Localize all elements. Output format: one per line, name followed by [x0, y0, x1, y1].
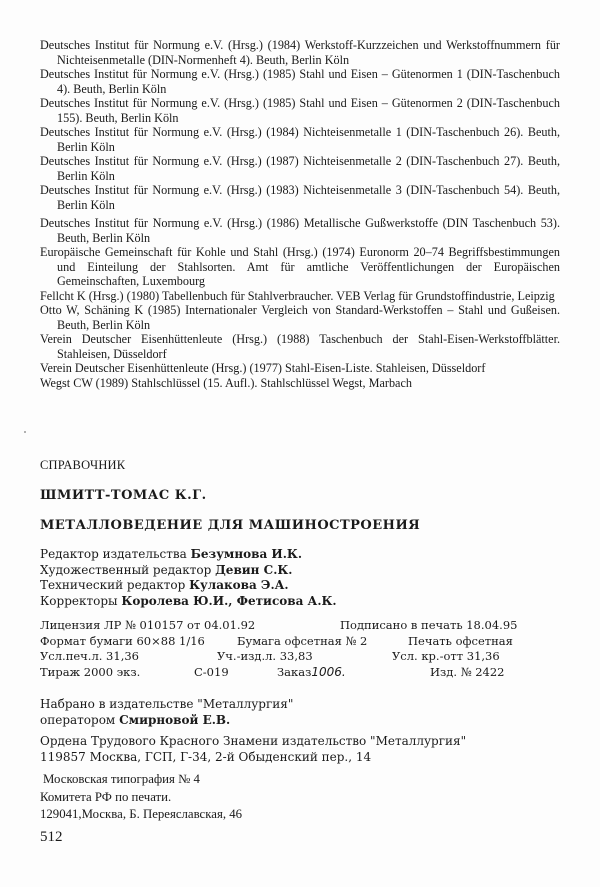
- printer-address: 129041,Москва, Б. Переяславская, 46: [40, 806, 560, 824]
- reference-entry: Verein Deutscher Eisenhüttenleute (Hrsg.…: [40, 332, 560, 361]
- credit-line: Корректоры Королева Ю.И., Фетисова А.К.: [40, 594, 560, 610]
- order-label: Заказ: [277, 665, 311, 679]
- reference-entry: Verein Deutscher Eisenhüttenleute (Hrsg.…: [40, 361, 560, 376]
- credit-role: Редактор издательства: [40, 547, 187, 561]
- license-number: Лицензия ЛР № 010157 от 04.01.92: [40, 618, 255, 634]
- genre-label: СПРАВОЧНИК: [40, 458, 560, 473]
- format-row: Формат бумаги 60×88 1/16 Бумага офсетная…: [40, 634, 550, 650]
- operator-prefix: оператором: [40, 713, 115, 727]
- publication-details: Лицензия ЛР № 010157 от 04.01.92 Подписа…: [40, 618, 550, 680]
- reference-entry: Wegst CW (1989) Stahlschlüssel (15. Aufl…: [40, 376, 560, 391]
- reference-entry: Deutsches Institut für Normung e.V. (Hrs…: [40, 67, 560, 96]
- credit-name: Королева Ю.И., Фетисова А.К.: [121, 594, 336, 608]
- run-row: Тираж 2000 экз. С-019 Заказ1006. Изд. № …: [40, 665, 550, 681]
- operator-name: Смирновой Е.В.: [119, 713, 230, 727]
- paper-type: Бумага офсетная № 2: [237, 634, 367, 650]
- credit-role: Художественный редактор: [40, 563, 211, 577]
- sheets-row: Усл.печ.л. 31,36 Уч.-изд.л. 33,83 Усл. к…: [40, 649, 550, 665]
- reference-entry: Deutsches Institut für Normung e.V. (Hrs…: [40, 183, 560, 212]
- reference-entry: Fellcht K (Hrsg.) (1980) Tabellenbuch fü…: [40, 289, 560, 304]
- print-type: Печать офсетная: [408, 634, 513, 650]
- publisher-name: Ордена Трудового Красного Знамени издате…: [40, 734, 560, 750]
- order-number-handwritten: 1006.: [311, 665, 345, 679]
- scan-speck: [24, 431, 26, 433]
- order: Заказ1006.: [277, 665, 346, 681]
- credit-line: Технический редактор Кулакова Э.А.: [40, 578, 560, 594]
- color-prints: Усл. кр.-отт 31,36: [392, 649, 500, 665]
- print-sheets: Усл.печ.л. 31,36: [40, 649, 139, 665]
- publisher-address: 119857 Москва, ГСП, Г-34, 2-й Обыденский…: [40, 750, 560, 766]
- editorial-credits: Редактор издательства Безумнова И.К. Худ…: [40, 547, 560, 609]
- book-title: МЕТАЛЛОВЕДЕНИЕ ДЛЯ МАШИНОСТРОЕНИЯ: [40, 518, 560, 533]
- code: С-019: [194, 665, 229, 681]
- book-page: Deutsches Institut für Normung e.V. (Hrs…: [0, 0, 600, 887]
- credit-role: Корректоры: [40, 594, 118, 608]
- typeset-operator-line: оператором Смирновой Е.В.: [40, 713, 560, 729]
- reference-entry: Deutsches Institut für Normung e.V. (Hrs…: [40, 154, 560, 183]
- credit-line: Редактор издательства Безумнова И.К.: [40, 547, 560, 563]
- book-author: ШМИТТ-ТОМАС К.Г.: [40, 488, 560, 503]
- credit-line: Художественный редактор Девин С.К.: [40, 563, 560, 579]
- reference-entry: Europäische Gemeinschaft für Kohle und S…: [40, 245, 560, 289]
- credit-role: Технический редактор: [40, 578, 185, 592]
- page-number: 512: [40, 829, 63, 846]
- typeset-line: Набрано в издательстве "Металлургия": [40, 697, 560, 713]
- license-row: Лицензия ЛР № 010157 от 04.01.92 Подписа…: [40, 618, 550, 634]
- publisher-info: Ордена Трудового Красного Знамени издате…: [40, 734, 560, 765]
- typesetting-info: Набрано в издательстве "Металлургия" опе…: [40, 697, 560, 728]
- reference-entry: Deutsches Institut für Normung e.V. (Hrs…: [40, 38, 560, 67]
- signed-date: Подписано в печать 18.04.95: [340, 618, 517, 634]
- publication-number: Изд. № 2422: [430, 665, 505, 681]
- publishing-sheets: Уч.-изд.л. 33,83: [217, 649, 313, 665]
- reference-entry: Deutsches Institut für Normung e.V. (Hrs…: [40, 216, 560, 245]
- reference-entry: Deutsches Institut für Normung e.V. (Hrs…: [40, 125, 560, 154]
- printer-info: Московская типография № 4 Комитета РФ по…: [40, 771, 560, 824]
- credit-name: Безумнова И.К.: [191, 547, 302, 561]
- bibliography-list: Deutsches Institut für Normung e.V. (Hrs…: [40, 38, 560, 390]
- credit-name: Кулакова Э.А.: [189, 578, 288, 592]
- credit-name: Девин С.К.: [215, 563, 292, 577]
- reference-entry: Otto W, Schäning K (1985) Internationale…: [40, 303, 560, 332]
- reference-entry: Deutsches Institut für Normung e.V. (Hrs…: [40, 96, 560, 125]
- printer-committee: Комитета РФ по печати.: [40, 789, 560, 807]
- paper-format: Формат бумаги 60×88 1/16: [40, 634, 205, 650]
- print-run: Тираж 2000 экз.: [40, 665, 140, 681]
- printer-name: Московская типография № 4: [40, 771, 560, 789]
